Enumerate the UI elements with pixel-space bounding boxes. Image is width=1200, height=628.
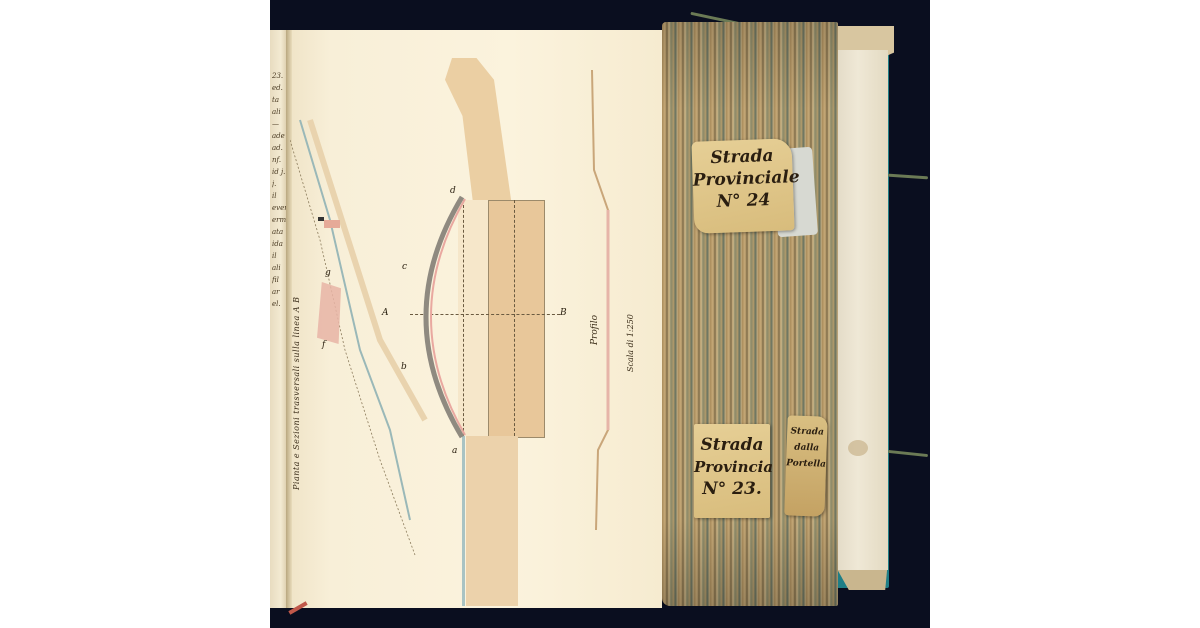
section-label: g	[325, 268, 331, 278]
tag-line: N° 23.	[694, 478, 770, 500]
scale-label: Scala di 1:250	[626, 282, 635, 372]
text-fragment: ta	[272, 94, 286, 106]
tag-strada-provinciale-24: Strada Provinciale N° 24	[691, 138, 794, 233]
profile-label: Profilo	[590, 295, 600, 345]
left-page-text: 23. ed. ta ali — ade ad. nf. id j. j. il…	[272, 70, 286, 570]
tag-line: N° 24	[693, 188, 794, 213]
road-lower	[466, 436, 518, 606]
arc-label: a	[452, 446, 457, 456]
dark-background-bottom	[270, 608, 830, 628]
curved-wall	[400, 192, 520, 442]
text-fragment: ade	[272, 130, 286, 142]
axis-label-b: B	[560, 308, 567, 318]
text-fragment: il	[272, 250, 286, 262]
arc-label: d	[450, 186, 456, 196]
binding-tie	[888, 174, 928, 180]
drawing-caption: Pianta e Sezioni trasversali sulla linea…	[292, 250, 301, 490]
arc-label: b	[401, 362, 407, 372]
manuscript-photo: Strada Provinciale N° 24 Strada Provinci…	[270, 0, 930, 628]
section-label: f	[322, 340, 325, 350]
tag-strada-provincia-23: Strada Provincia N° 23.	[694, 424, 770, 518]
tag-line: Strada	[787, 423, 828, 440]
text-fragment: id j.	[272, 166, 286, 178]
text-fragment: ermo	[272, 214, 286, 226]
end-leaf	[838, 50, 888, 570]
tag-line: dalla	[786, 439, 827, 456]
text-fragment: 23.	[272, 70, 286, 82]
text-fragment: ata	[272, 226, 286, 238]
text-fragment: nf.	[272, 154, 286, 166]
water-channel	[462, 436, 465, 606]
tag-strada-portella: Strada dalla Portella	[784, 415, 827, 516]
arc-label: c	[402, 262, 407, 272]
page-stack-shade	[662, 22, 838, 606]
axis-label-a: A	[382, 308, 389, 318]
text-fragment: —	[272, 118, 286, 130]
text-fragment: ali	[272, 262, 286, 274]
text-fragment: eventi	[272, 202, 286, 214]
tag-line: Strada	[694, 434, 770, 456]
text-fragment: fil	[272, 274, 286, 286]
text-fragment: ali	[272, 106, 286, 118]
paper-stain	[848, 440, 868, 456]
text-fragment: ed.	[272, 82, 286, 94]
text-fragment: el.	[272, 298, 286, 310]
pink-section	[324, 220, 340, 228]
text-fragment: ad.	[272, 142, 286, 154]
binding-tie	[888, 450, 928, 457]
text-fragment: ida	[272, 238, 286, 250]
text-fragment: il	[272, 190, 286, 202]
tag-line: Provincia	[694, 456, 770, 478]
text-fragment: j.	[272, 178, 286, 190]
tag-line: Provinciale	[692, 166, 793, 191]
tag-line: Portella	[786, 455, 827, 472]
text-fragment: ar	[272, 286, 286, 298]
